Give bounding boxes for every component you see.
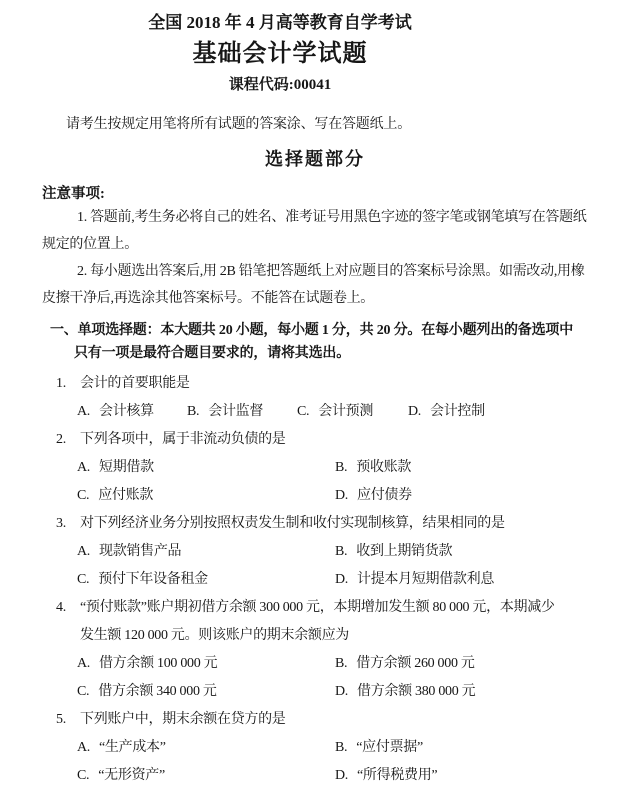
option-b: B.会计监督	[187, 398, 297, 426]
option-text: 借方余额 100 000 元	[99, 656, 217, 671]
option-d: D.计提本月短期借款利息	[335, 566, 592, 594]
exam-paper: 全国 2018 年 4 月高等教育自学考试 基础会计学试题 课程代码:00041…	[0, 0, 630, 785]
exam-session-title: 全国 2018 年 4 月高等教育自学考试	[38, 12, 522, 34]
option-text: 会计控制	[430, 404, 485, 419]
option-text: 会计预测	[318, 404, 373, 419]
note-item-2: 2. 每小题选出答案后,用 2B 铅笔把答题纸上对应题目的答案标号涂黑。如需改动…	[38, 258, 592, 312]
question-stem-text: 对下列经济业务分别按照权责发生制和收付实现制核算，结果相同的是	[80, 516, 505, 531]
note-line: 1. 答题前,考生务必将自己的姓名、准考证号用黑色字迹的签字笔或钢笔填写在答题纸	[42, 204, 592, 231]
course-code: 课程代码:00041	[38, 76, 522, 94]
option-label: B.	[335, 544, 347, 559]
part-heading-line: 一、单项选择题：本大题共 20 小题，每小题 1 分，共 20 分。在每小题列出…	[50, 319, 592, 342]
option-label: D.	[335, 768, 348, 783]
option-a: A.借方余额 100 000 元	[77, 650, 335, 678]
question-stem-text: “预付账款”账户期初借方余额 300 000 元，本期增加发生额 80 000 …	[80, 600, 555, 615]
option-a: A.“生产成本”	[77, 734, 335, 762]
option-text: 短期借款	[99, 460, 154, 475]
option-label: C.	[77, 684, 89, 699]
question-number: 1.	[56, 370, 80, 398]
options-grid: A.短期借款 B.预收账款 C.应付账款 D.应付债券	[77, 454, 592, 510]
option-text: “应付票据”	[356, 740, 423, 755]
section-title: 选择题部分	[38, 147, 592, 171]
notes-block: 注意事项: 1. 答题前,考生务必将自己的姓名、准考证号用黑色字迹的签字笔或钢笔…	[38, 184, 592, 312]
option-label: A.	[77, 656, 90, 671]
option-label: D.	[335, 572, 348, 587]
option-label: B.	[187, 404, 199, 419]
option-label: A.	[77, 544, 90, 559]
option-c: C.预付下年设备租金	[77, 566, 335, 594]
options-grid: A.现款销售产品 B.收到上期销货款 C.预付下年设备租金 D.计提本月短期借款…	[77, 538, 592, 594]
option-label: C.	[77, 768, 89, 783]
question-stem: 4.“预付账款”账户期初借方余额 300 000 元，本期增加发生额 80 00…	[56, 594, 592, 622]
option-a: A.会计核算	[77, 398, 187, 426]
option-label: D.	[408, 404, 421, 419]
option-label: D.	[335, 684, 348, 699]
option-label: B.	[335, 656, 347, 671]
option-b: B.预收账款	[335, 454, 592, 482]
option-c: C.“无形资产”	[77, 762, 335, 785]
question-stem-continuation: 发生额 120 000 元。则该账户的期末余额应为	[56, 622, 592, 650]
option-label: A.	[77, 404, 90, 419]
question-stem: 2.下列各项中，属于非流动负债的是	[56, 426, 592, 454]
option-d: D.会计控制	[408, 398, 592, 426]
note-line: 规定的位置上。	[42, 231, 592, 258]
option-label: C.	[297, 404, 309, 419]
option-d: D.借方余额 380 000 元	[335, 678, 592, 706]
question-stem-text: 会计的首要职能是	[80, 376, 190, 391]
options-row: A.会计核算 B.会计监督 C.会计预测 D.会计控制	[77, 398, 592, 426]
option-text: 现款销售产品	[99, 544, 181, 559]
question-1: 1.会计的首要职能是 A.会计核算 B.会计监督 C.会计预测 D.会计控制	[56, 370, 592, 426]
option-text: “无形资产”	[98, 768, 165, 783]
question-list: 1.会计的首要职能是 A.会计核算 B.会计监督 C.会计预测 D.会计控制 2…	[38, 370, 592, 785]
note-item-1: 1. 答题前,考生务必将自己的姓名、准考证号用黑色字迹的签字笔或钢笔填写在答题纸…	[38, 204, 592, 258]
question-stem-text: 下列各项中，属于非流动负债的是	[80, 432, 286, 447]
option-d: D.应付债券	[335, 482, 592, 510]
note-line: 2. 每小题选出答案后,用 2B 铅笔把答题纸上对应题目的答案标号涂黑。如需改动…	[42, 258, 592, 285]
question-stem: 1.会计的首要职能是	[56, 370, 592, 398]
question-stem-text: 下列账户中，期末余额在贷方的是	[80, 712, 286, 727]
option-label: A.	[77, 740, 90, 755]
option-label: D.	[335, 488, 348, 503]
options-grid: A.“生产成本” B.“应付票据” C.“无形资产” D.“所得税费用”	[77, 734, 592, 785]
option-text: 收到上期销货款	[356, 544, 452, 559]
option-b: B.收到上期销货款	[335, 538, 592, 566]
option-c: C.会计预测	[297, 398, 408, 426]
note-line: 皮擦干净后,再选涂其他答案标号。不能答在试题卷上。	[42, 285, 592, 312]
options-grid: A.借方余额 100 000 元 B.借方余额 260 000 元 C.借方余额…	[77, 650, 592, 706]
question-3: 3.对下列经济业务分别按照权责发生制和收付实现制核算，结果相同的是 A.现款销售…	[56, 510, 592, 594]
option-text: 应付债券	[357, 488, 412, 503]
option-text: “生产成本”	[99, 740, 166, 755]
question-4: 4.“预付账款”账户期初借方余额 300 000 元，本期增加发生额 80 00…	[56, 594, 592, 706]
header: 全国 2018 年 4 月高等教育自学考试 基础会计学试题 课程代码:00041	[38, 12, 522, 94]
option-text: 应付账款	[98, 488, 153, 503]
option-text: “所得税费用”	[357, 768, 437, 783]
option-c: C.借方余额 340 000 元	[77, 678, 335, 706]
question-number: 5.	[56, 706, 80, 734]
option-text: 预收账款	[356, 460, 411, 475]
option-d: D.“所得税费用”	[335, 762, 592, 785]
option-label: A.	[77, 460, 90, 475]
option-text: 计提本月短期借款利息	[357, 572, 494, 587]
option-a: A.短期借款	[77, 454, 335, 482]
option-b: B.“应付票据”	[335, 734, 592, 762]
question-5: 5.下列账户中，期末余额在贷方的是 A.“生产成本” B.“应付票据” C.“无…	[56, 706, 592, 785]
question-stem: 3.对下列经济业务分别按照权责发生制和收付实现制核算，结果相同的是	[56, 510, 592, 538]
option-label: C.	[77, 572, 89, 587]
option-label: B.	[335, 460, 347, 475]
option-label: B.	[335, 740, 347, 755]
question-number: 3.	[56, 510, 80, 538]
exam-title: 基础会计学试题	[38, 39, 522, 69]
question-number: 4.	[56, 594, 80, 622]
option-b: B.借方余额 260 000 元	[335, 650, 592, 678]
part-heading-line: 只有一项是最符合题目要求的，请将其选出。	[74, 342, 592, 365]
part-heading: 一、单项选择题：本大题共 20 小题，每小题 1 分，共 20 分。在每小题列出…	[38, 319, 592, 365]
question-2: 2.下列各项中，属于非流动负债的是 A.短期借款 B.预收账款 C.应付账款 D…	[56, 426, 592, 510]
option-text: 预付下年设备租金	[98, 572, 208, 587]
option-text: 会计核算	[99, 404, 154, 419]
notes-heading: 注意事项:	[42, 184, 592, 204]
option-text: 借方余额 380 000 元	[357, 684, 475, 699]
option-text: 借方余额 340 000 元	[98, 684, 216, 699]
option-c: C.应付账款	[77, 482, 335, 510]
option-a: A.现款销售产品	[77, 538, 335, 566]
option-text: 会计监督	[208, 404, 263, 419]
option-label: C.	[77, 488, 89, 503]
option-text: 借方余额 260 000 元	[356, 656, 474, 671]
question-number: 2.	[56, 426, 80, 454]
question-stem: 5.下列账户中，期末余额在贷方的是	[56, 706, 592, 734]
answer-sheet-instruction: 请考生按规定用笔将所有试题的答案涂、写在答题纸上。	[38, 116, 592, 134]
